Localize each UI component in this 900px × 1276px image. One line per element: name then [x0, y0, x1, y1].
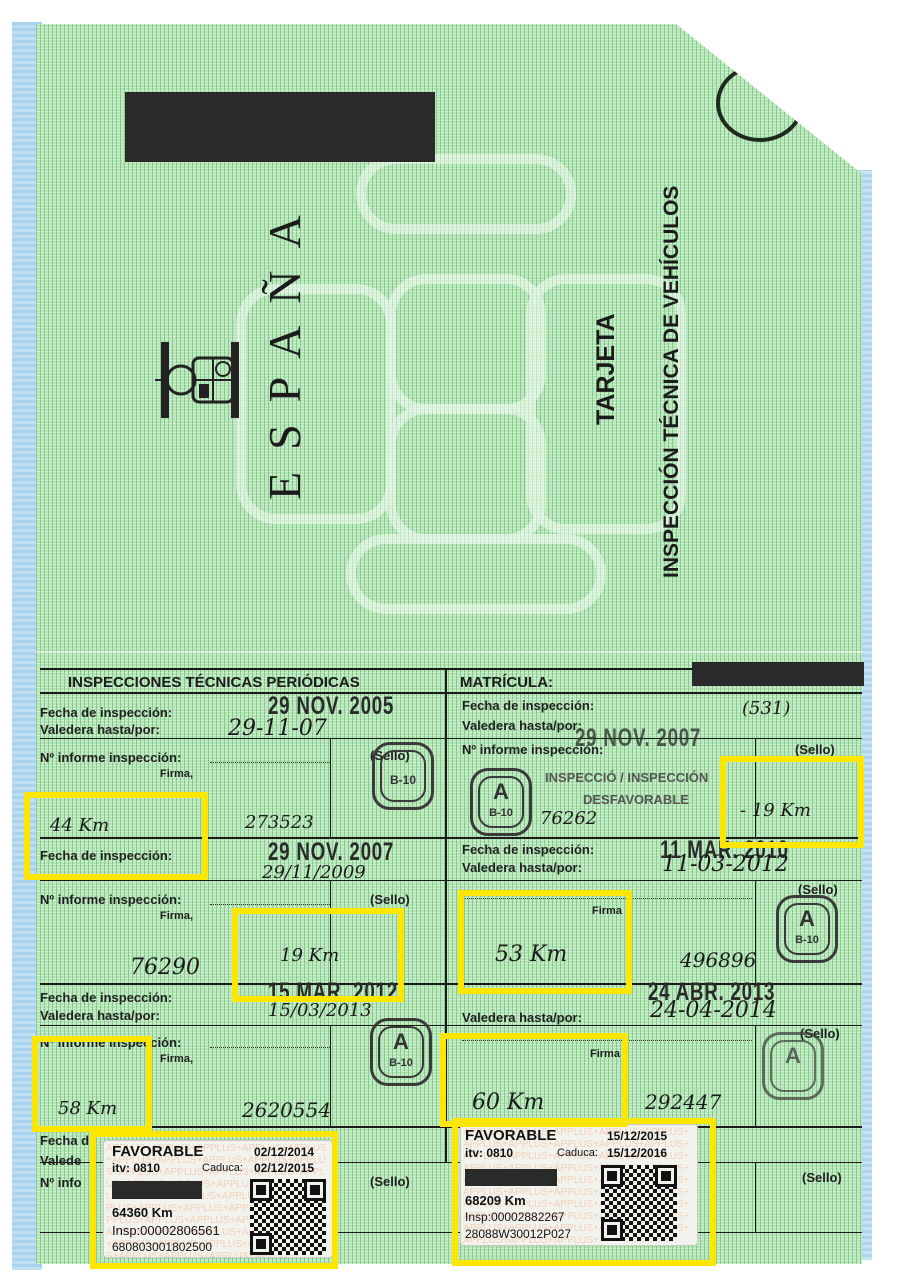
valid-until-label: Valedera hasta/por:: [462, 718, 582, 733]
report-number-handwritten: 273523: [245, 812, 314, 833]
unfavorable-stamp-line2: DESFAVORABLE: [583, 792, 689, 807]
report-number-label: Nº informe inspección:: [40, 750, 181, 765]
inspection-seal-stamp: A: [762, 1032, 824, 1100]
valid-until-handwritten: 24-04-2014: [650, 998, 777, 1023]
inspection-seal-stamp: AB-10: [776, 895, 838, 963]
report-number-handwritten: 76290: [130, 955, 200, 980]
report-number-handwritten: 292447: [645, 1090, 721, 1114]
report-number-handwritten: 496896: [680, 948, 756, 972]
card-type-label: TARJETA: [592, 313, 621, 425]
seal-label: (Sello): [370, 892, 410, 907]
inspection-date-label: Fecha de inspección:: [40, 990, 172, 1005]
highlight-box-km-3: [232, 908, 404, 1002]
highlight-box-sticker-2: [452, 1118, 716, 1266]
highlight-box-km-1: [24, 792, 208, 880]
valid-until-label: Valedera hasta/por:: [40, 722, 160, 737]
inspection-seal-stamp: AB-10: [370, 1018, 432, 1086]
seal-label: (Sello): [370, 1174, 410, 1189]
unfavorable-stamp-line1: INSPECCIÓ / INSPECCIÓN: [545, 770, 708, 785]
report-number-label: Nº informe inspección:: [40, 892, 181, 907]
redacted-plate: [692, 662, 864, 686]
highlight-box-sticker-1: [90, 1131, 338, 1269]
signature-label: Firma,: [160, 910, 193, 922]
seal-label: (Sello): [802, 1170, 842, 1185]
inspection-date-label: Fecha de inspección:: [40, 705, 172, 720]
highlight-box-km-5: [32, 1036, 152, 1132]
inspection-seal-stamp: B-10: [372, 742, 434, 810]
inspection-seal-stamp: AB-10: [470, 768, 532, 836]
valid-until-label: Valedera hasta/por:: [462, 1010, 582, 1025]
report-number-handwritten: 2620554: [242, 1098, 331, 1122]
inspection-date-stamp: 29 NOV. 2007: [575, 724, 701, 753]
plate-label: MATRÍCULA:: [460, 674, 553, 691]
valid-until-handwritten: 29-11-07: [228, 716, 327, 741]
inspection-date-label: Fecha d: [40, 1133, 89, 1148]
valid-until-handwritten: 29/11/2009: [262, 862, 366, 883]
periodic-inspections-header: INSPECCIONES TÉCNICAS PERIÓDICAS: [68, 674, 360, 691]
inspection-date-label: Fecha de inspección:: [462, 698, 594, 713]
inspection-date-label: Fecha de inspección:: [462, 842, 594, 857]
mileage-note: (531): [742, 698, 790, 719]
valid-until-label: Valedera hasta/por:: [40, 1008, 160, 1023]
report-number-label: Nº info: [40, 1175, 82, 1190]
highlight-box-km-2: [720, 756, 864, 848]
seal-label: (Sello): [795, 742, 835, 757]
report-number-handwritten: 76262: [540, 808, 597, 829]
valid-until-handwritten: 11-03-2012: [662, 852, 789, 877]
signature-label: Firma,: [160, 1053, 193, 1065]
valid-until-label: Valede: [40, 1153, 81, 1168]
card-title: INSPECCIÓN TÉCNICA DE VEHÍCULOS: [660, 186, 684, 578]
spain-coat-of-arms-icon: [155, 340, 245, 420]
signature-label: Firma,: [160, 768, 193, 780]
table-header-rule: [40, 692, 862, 694]
redacted-owner-name: [125, 92, 435, 162]
valid-until-handwritten: 15/03/2013: [268, 1000, 372, 1021]
highlight-box-km-6: [440, 1033, 628, 1127]
country-name: ESPAÑA: [258, 193, 311, 500]
highlight-box-km-4: [458, 890, 632, 994]
valid-until-label: Valedera hasta/por:: [462, 860, 582, 875]
corner-stamp: [716, 64, 804, 142]
